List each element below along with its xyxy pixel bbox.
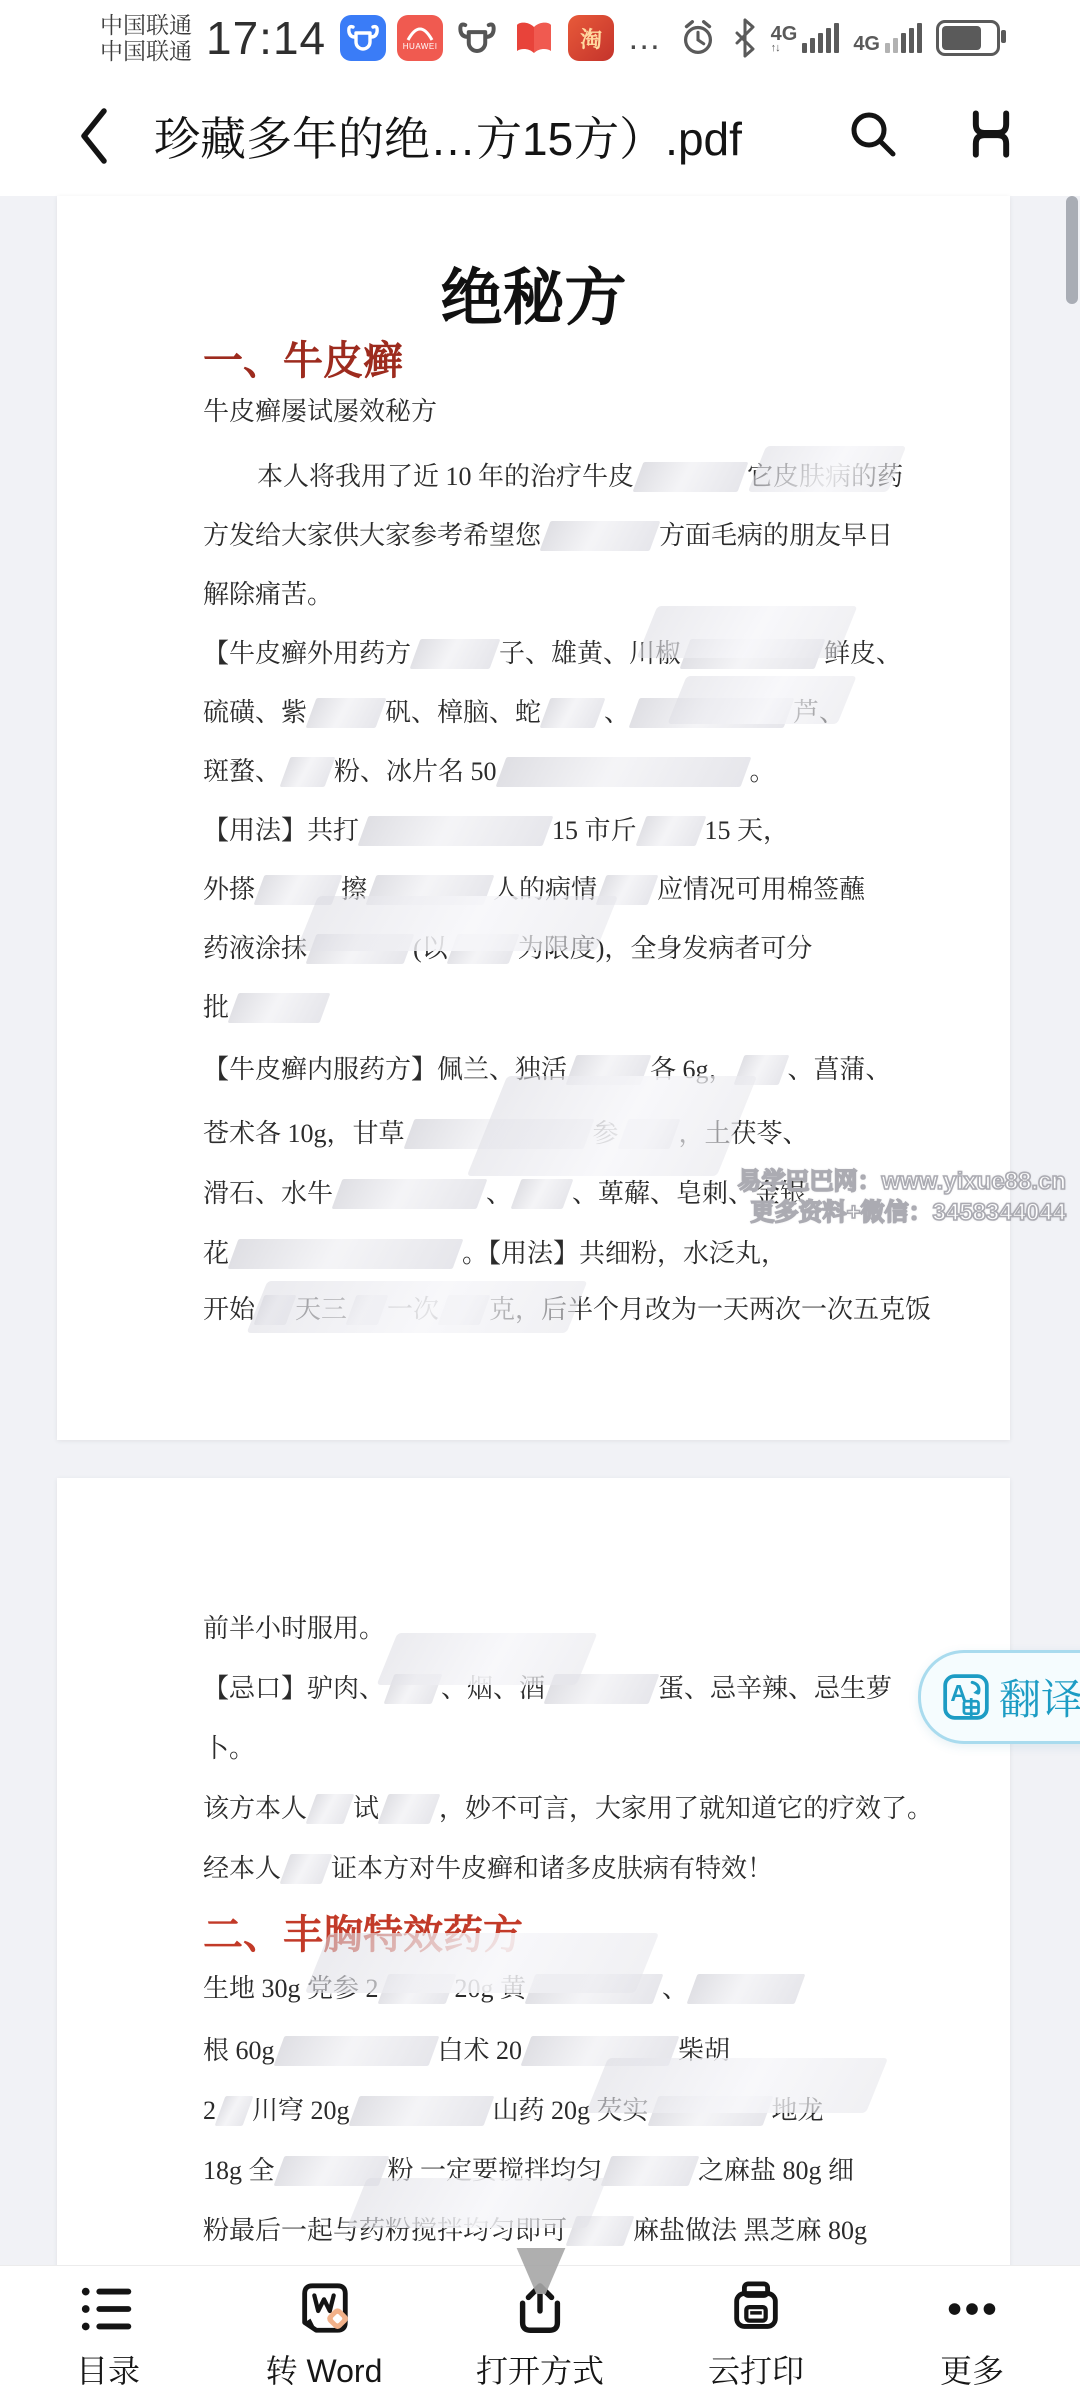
document-line: 该方本人试，妙不可言，大家用了就知道它的疗效了。 bbox=[203, 1788, 883, 1825]
censored-text bbox=[306, 698, 387, 728]
document-text: 之麻盐 80g 细 bbox=[698, 2156, 854, 2185]
network-type-sim1: 4G bbox=[771, 25, 798, 43]
toolbar-item-convert-word[interactable]: 转 Word bbox=[216, 2266, 432, 2400]
screen: 中国联通 中国联通 17:14 HUAWEI 淘 … bbox=[0, 0, 1080, 2400]
document-text: (以 bbox=[413, 934, 448, 963]
censored-text bbox=[403, 1119, 594, 1149]
signal-bars-sim1 bbox=[802, 23, 839, 53]
document-line: 方发给大家供大家参考希望您方面毛病的朋友早日 bbox=[203, 515, 883, 552]
book-icon bbox=[511, 15, 557, 61]
document-text: 花 bbox=[203, 1239, 229, 1268]
censored-text bbox=[280, 757, 336, 787]
censored-text bbox=[384, 1674, 443, 1704]
document-text: 苍术各 10g，甘草 bbox=[203, 1119, 405, 1148]
censored-text bbox=[446, 934, 519, 964]
document-text: 批 bbox=[203, 993, 229, 1022]
toolbar-item-cloud-print[interactable]: 云打印 bbox=[648, 2266, 864, 2400]
censored-text bbox=[215, 2096, 254, 2126]
translate-button[interactable]: A 翻译 bbox=[918, 1650, 1080, 1744]
status-time: 17:14 bbox=[206, 11, 326, 65]
document-text: 应情况可用棉签蘸 bbox=[657, 875, 865, 904]
pdf-page-2[interactable]: 二、丰胸特效药方 前半小时服用。【忌口】驴肉、、烟、酒蛋、忌辛辣、忌生萝卜。该方… bbox=[57, 1478, 1010, 2268]
censored-text bbox=[521, 2036, 680, 2066]
document-text: 【用法】共打 bbox=[203, 816, 359, 845]
censored-text bbox=[687, 1974, 806, 2004]
squeeze-icon bbox=[965, 108, 1017, 160]
document-text: 、菖蒲、 bbox=[788, 1055, 892, 1084]
signal-indicator-sim1: 4G ↑↓ bbox=[771, 23, 840, 53]
more-notifications-dots: … bbox=[627, 19, 663, 58]
censored-text bbox=[495, 757, 751, 787]
censored-text bbox=[254, 1295, 297, 1325]
censored-text bbox=[647, 2096, 773, 2126]
document-line: 本人将我用了近 10 年的治疗牛皮它皮肤病的药 bbox=[203, 456, 937, 493]
censored-text bbox=[566, 2216, 635, 2246]
document-text: 该方本人 bbox=[203, 1794, 307, 1823]
censored-text bbox=[254, 875, 343, 905]
document-text: 粉最后一起与药粉搅拌均匀即可 bbox=[203, 2216, 567, 2245]
document-text: 粉 一定要搅拌均匀 bbox=[388, 2156, 603, 2185]
document-line: 花。【用法】共细粉，水泛丸， bbox=[203, 1233, 883, 1270]
taobao-label: 淘 bbox=[580, 23, 602, 54]
document-text: 本人将我用了近 10 年的治疗牛皮 bbox=[257, 462, 634, 491]
document-line: 【牛皮癣外用药方子、雄黄、川椒鲜皮、 bbox=[203, 633, 883, 670]
censored-text bbox=[633, 462, 749, 492]
document-text: 【牛皮癣内服药方】佩兰、独活 bbox=[203, 1055, 567, 1084]
document-line: 苍术各 10g，甘草参，土茯苓、 bbox=[203, 1113, 883, 1150]
document-line: 斑蝥、粉、冰片名 50。 bbox=[203, 751, 883, 788]
document-text: 方面毛病的朋友早日 bbox=[659, 521, 893, 550]
censored-text bbox=[273, 2156, 389, 2186]
document-text: 各 6g， bbox=[650, 1055, 735, 1084]
document-text: 芦、 bbox=[793, 698, 845, 727]
translate-icon: A bbox=[941, 1672, 991, 1722]
document-line: 牛皮癣屡试屡效秘方 bbox=[203, 391, 883, 428]
censored-text bbox=[566, 1055, 652, 1085]
document-text: 矾、樟脑、蛇 bbox=[385, 698, 541, 727]
document-text: 18g 全 bbox=[203, 2156, 275, 2185]
document-text: 。 bbox=[750, 757, 776, 786]
toolbar-label-convert-word: 转 Word bbox=[266, 2346, 383, 2392]
censored-text bbox=[635, 816, 706, 846]
document-line: 【忌口】驴肉、、烟、酒蛋、忌辛辣、忌生萝 bbox=[203, 1668, 883, 1705]
document-text: 、 bbox=[486, 1179, 512, 1208]
reader-mode-button[interactable] bbox=[965, 108, 1017, 165]
document-text: 2 bbox=[203, 2096, 216, 2125]
bluetooth-icon bbox=[733, 18, 757, 58]
document-text: 柴胡 bbox=[678, 2036, 730, 2065]
document-line: 前半小时服用。 bbox=[203, 1608, 883, 1645]
document-text: 白术 20 bbox=[438, 2036, 523, 2065]
watermark: 易学巴巴网：www.yixue88.cn 更多资料+微信：3458344044 bbox=[737, 1166, 1066, 1228]
document-text: 开始 bbox=[203, 1295, 255, 1324]
carrier-line2: 中国联通 bbox=[100, 38, 192, 64]
toolbar-label-more: 更多 bbox=[940, 2346, 1004, 2392]
document-text: 【牛皮癣外用药方 bbox=[203, 639, 411, 668]
document-text: 、烟、酒 bbox=[441, 1674, 545, 1703]
document-line: 经本人证本方对牛皮癣和诸多皮肤病有特效！ bbox=[203, 1848, 883, 1885]
censored-text bbox=[511, 1179, 574, 1209]
signal-indicator-sim2: 4G bbox=[853, 23, 922, 53]
document-text: 擦 bbox=[341, 875, 367, 904]
censored-text bbox=[680, 639, 826, 669]
word-convert-icon bbox=[293, 2280, 355, 2338]
document-text: 人的病情 bbox=[493, 875, 597, 904]
toc-icon bbox=[77, 2280, 139, 2338]
scrollbar-thumb[interactable] bbox=[1066, 196, 1078, 304]
document-text: 解除痛苦。 bbox=[203, 580, 333, 609]
censored-text bbox=[410, 639, 501, 669]
toolbar-label-cloud-print: 云打印 bbox=[708, 2346, 804, 2392]
notification-icons: HUAWEI 淘 … bbox=[340, 15, 663, 61]
translate-label: 翻译 bbox=[999, 1667, 1080, 1727]
pdf-page-1[interactable]: 绝秘方 一、牛皮癣 牛皮癣屡试屡效秘方本人将我用了近 10 年的治疗牛皮它皮肤病… bbox=[57, 196, 1010, 1440]
censored-text bbox=[377, 1974, 456, 2004]
bull-app-icon bbox=[340, 15, 386, 61]
taobao-app-icon: 淘 bbox=[568, 15, 614, 61]
document-text: 为限度)，全身发病者可分 bbox=[518, 934, 813, 963]
document-text: 、 bbox=[604, 698, 630, 727]
document-line: 药液涂抹(以为限度)，全身发病者可分 bbox=[203, 928, 883, 965]
document-text: 证本方对牛皮癣和诸多皮肤病有特效！ bbox=[331, 1854, 773, 1883]
document-text: 蛋、忌辛辣、忌生萝 bbox=[658, 1674, 892, 1703]
censored-text bbox=[378, 1794, 441, 1824]
document-text: 子、雄黄、川椒 bbox=[499, 639, 681, 668]
censored-text bbox=[306, 1794, 355, 1824]
censored-text bbox=[228, 993, 331, 1023]
document-text: 滑石、水牛 bbox=[203, 1179, 333, 1208]
document-text: 根 60g bbox=[203, 2036, 275, 2065]
document-text: 外搽 bbox=[203, 875, 255, 904]
watermark-line2: 更多资料+微信：3458344044 bbox=[737, 1197, 1066, 1228]
toolbar-label-toc: 目录 bbox=[76, 2346, 140, 2392]
document-line: 生地 30g 党参 220g 黄、 bbox=[203, 1968, 883, 2005]
document-line: 卜。 bbox=[203, 1728, 883, 1765]
document-text: ，土茯苓、 bbox=[679, 1119, 809, 1148]
carrier-label: 中国联通 中国联通 bbox=[100, 12, 192, 64]
section-header-1: 一、牛皮癣 bbox=[203, 329, 403, 386]
document-line: 【牛皮癣内服药方】佩兰、独活各 6g，、菖蒲、 bbox=[203, 1049, 883, 1086]
network-type-sim2: 4G bbox=[853, 35, 880, 53]
censored-text bbox=[348, 2096, 494, 2126]
document-text: 牛皮癣屡试屡效秘方 bbox=[203, 397, 437, 426]
censored-text bbox=[273, 2036, 439, 2066]
toolbar-item-toc[interactable]: 目录 bbox=[0, 2266, 216, 2400]
document-line: 【用法】共打15 市斤15 天， bbox=[203, 810, 883, 847]
censored-text bbox=[438, 1295, 491, 1325]
more-icon bbox=[941, 2280, 1003, 2338]
section-header-2: 二、丰胸特效药方 bbox=[203, 1903, 523, 1960]
document-text: 前半小时服用。 bbox=[203, 1614, 385, 1643]
document-text: 生地 30g 党参 2 bbox=[203, 1974, 379, 2003]
document-text: 方发给大家供大家参考希望您 bbox=[203, 521, 541, 550]
huawei-app-icon: HUAWEI bbox=[397, 15, 443, 61]
document-text: 川穹 20g bbox=[252, 2096, 350, 2125]
document-line: 根 60g白术 20柴胡 bbox=[203, 2030, 883, 2067]
document-text: 试 bbox=[353, 1794, 379, 1823]
document-text: 【忌口】驴肉、 bbox=[203, 1674, 385, 1703]
document-text: 山药 20g 芡实 bbox=[493, 2096, 649, 2125]
censored-text bbox=[525, 1974, 664, 2004]
back-chevron-icon bbox=[76, 105, 110, 167]
censored-text bbox=[346, 1295, 389, 1325]
document-line: 18g 全粉 一定要搅拌均匀之麻盐 80g 细 bbox=[203, 2150, 883, 2187]
document-text: 麻盐做法 黑芝麻 80g bbox=[633, 2216, 867, 2245]
censored-text bbox=[366, 875, 495, 905]
document-heading: 绝秘方 bbox=[57, 248, 1010, 337]
document-line: 开始天三一次克，后半个月改为一天两次一次五克饭 bbox=[203, 1289, 883, 1326]
censored-text bbox=[617, 1119, 680, 1149]
status-bar: 中国联通 中国联通 17:14 HUAWEI 淘 … bbox=[0, 0, 1080, 76]
battery-icon bbox=[936, 20, 1000, 56]
censored-text bbox=[306, 934, 415, 964]
document-text: 克，后半个月改为一天两次一次五克饭 bbox=[489, 1295, 931, 1324]
document-line: 外搽擦人的病情应情况可用棉签蘸 bbox=[203, 869, 883, 906]
toolbar-label-open-with: 打开方式 bbox=[476, 2346, 604, 2392]
search-icon bbox=[845, 106, 901, 162]
document-text: 经本人 bbox=[203, 1854, 281, 1883]
document-text: 斑蝥、 bbox=[203, 757, 281, 786]
censored-text bbox=[332, 1179, 488, 1209]
censored-text bbox=[228, 1239, 464, 1269]
signal-bars-sim2 bbox=[885, 23, 922, 53]
censored-text bbox=[601, 2156, 700, 2186]
document-text: 它皮肤病的药 bbox=[747, 462, 903, 491]
document-text: 20g 黄 bbox=[455, 1974, 527, 2003]
censored-text bbox=[540, 698, 606, 728]
document-text: 药液涂抹 bbox=[203, 934, 307, 963]
status-right-icons: 4G ↑↓ 4G bbox=[677, 0, 1000, 76]
huawei-label: HUAWEI bbox=[403, 42, 438, 51]
censored-text bbox=[358, 816, 554, 846]
back-button[interactable] bbox=[76, 105, 110, 167]
search-button[interactable] bbox=[845, 106, 901, 167]
document-line: 硫磺、紫矾、樟脑、蛇、芦、 bbox=[203, 692, 883, 729]
alarm-icon bbox=[677, 17, 719, 59]
document-text: 。【用法】共细粉，水泛丸， bbox=[462, 1239, 787, 1268]
document-line: 2川穹 20g山药 20g 芡实地龙 bbox=[203, 2090, 883, 2127]
document-line: 解除痛苦。 bbox=[203, 574, 883, 611]
carrier-line1: 中国联通 bbox=[100, 12, 192, 38]
censored-text bbox=[733, 1055, 789, 1085]
document-text: ，妙不可言，大家用了就知道它的疗效了。 bbox=[439, 1794, 933, 1823]
document-text: 15 天， bbox=[705, 816, 790, 845]
document-line: 粉最后一起与药粉搅拌均匀即可麻盐做法 黑芝麻 80g bbox=[203, 2210, 883, 2247]
title-bar: 珍藏多年的绝…方15方）.pdf bbox=[0, 76, 1080, 196]
cloud-print-icon bbox=[725, 2280, 787, 2338]
toolbar-item-more[interactable]: 更多 bbox=[864, 2266, 1080, 2400]
document-text: 参 bbox=[593, 1119, 619, 1148]
document-text: 、 bbox=[662, 1974, 688, 2003]
document-text: 粉、冰片名 50 bbox=[334, 757, 497, 786]
document-line: 批 bbox=[203, 987, 883, 1024]
document-text: 地龙 bbox=[772, 2096, 824, 2125]
censored-text bbox=[540, 521, 661, 551]
document-title: 珍藏多年的绝…方15方）.pdf bbox=[154, 103, 742, 169]
document-text: 鲜皮、 bbox=[824, 639, 902, 668]
document-text: 天三 bbox=[295, 1295, 347, 1324]
censored-text bbox=[629, 698, 795, 728]
censored-text bbox=[596, 875, 659, 905]
document-text: 卜。 bbox=[203, 1734, 255, 1763]
document-text: 一次 bbox=[387, 1295, 439, 1324]
bull-outline-icon bbox=[454, 15, 500, 61]
document-text: 15 市斤 bbox=[552, 816, 637, 845]
censored-text bbox=[280, 1854, 333, 1884]
censored-text bbox=[544, 1674, 660, 1704]
watermark-line1: 易学巴巴网：www.yixue88.cn bbox=[737, 1166, 1066, 1197]
document-text: 硫磺、紫 bbox=[203, 698, 307, 727]
